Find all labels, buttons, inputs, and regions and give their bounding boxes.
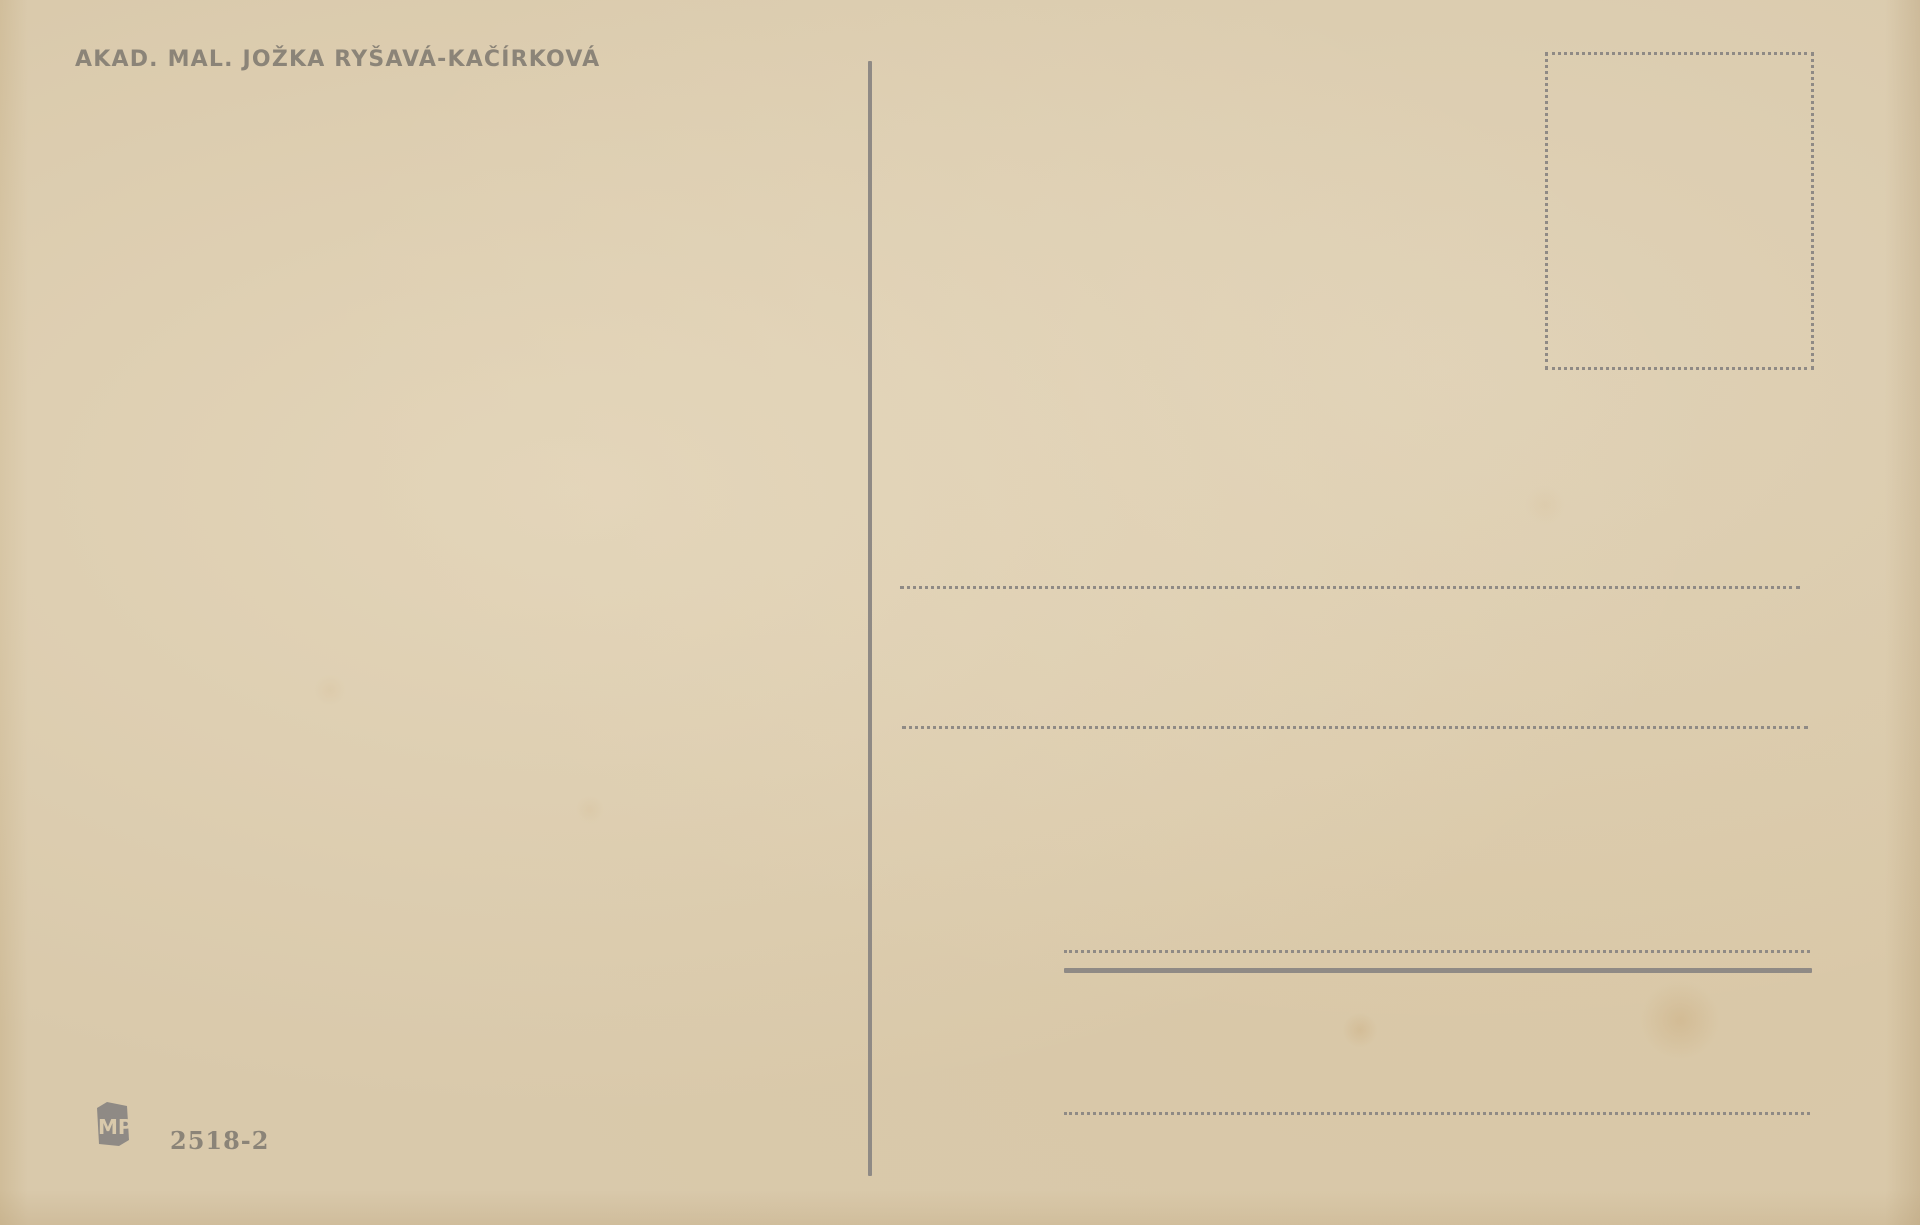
stamp-placeholder-box bbox=[1545, 52, 1814, 370]
publisher-logo-icon: MP bbox=[93, 1100, 131, 1148]
address-line-1 bbox=[900, 586, 1800, 589]
address-line-4 bbox=[1064, 1112, 1810, 1115]
message-address-divider bbox=[868, 61, 872, 1176]
address-underline-solid bbox=[1064, 968, 1812, 973]
svg-text:MP: MP bbox=[98, 1115, 131, 1139]
artist-credit: AKAD. MAL. JOŽKA RYŠAVÁ-KAČÍRKOVÁ bbox=[75, 47, 600, 72]
catalog-number: 2518-2 bbox=[170, 1126, 269, 1155]
postcard-back: AKAD. MAL. JOŽKA RYŠAVÁ-KAČÍRKOVÁ MP 251… bbox=[0, 0, 1920, 1225]
address-line-3 bbox=[1064, 950, 1810, 953]
address-line-2 bbox=[902, 726, 1808, 729]
